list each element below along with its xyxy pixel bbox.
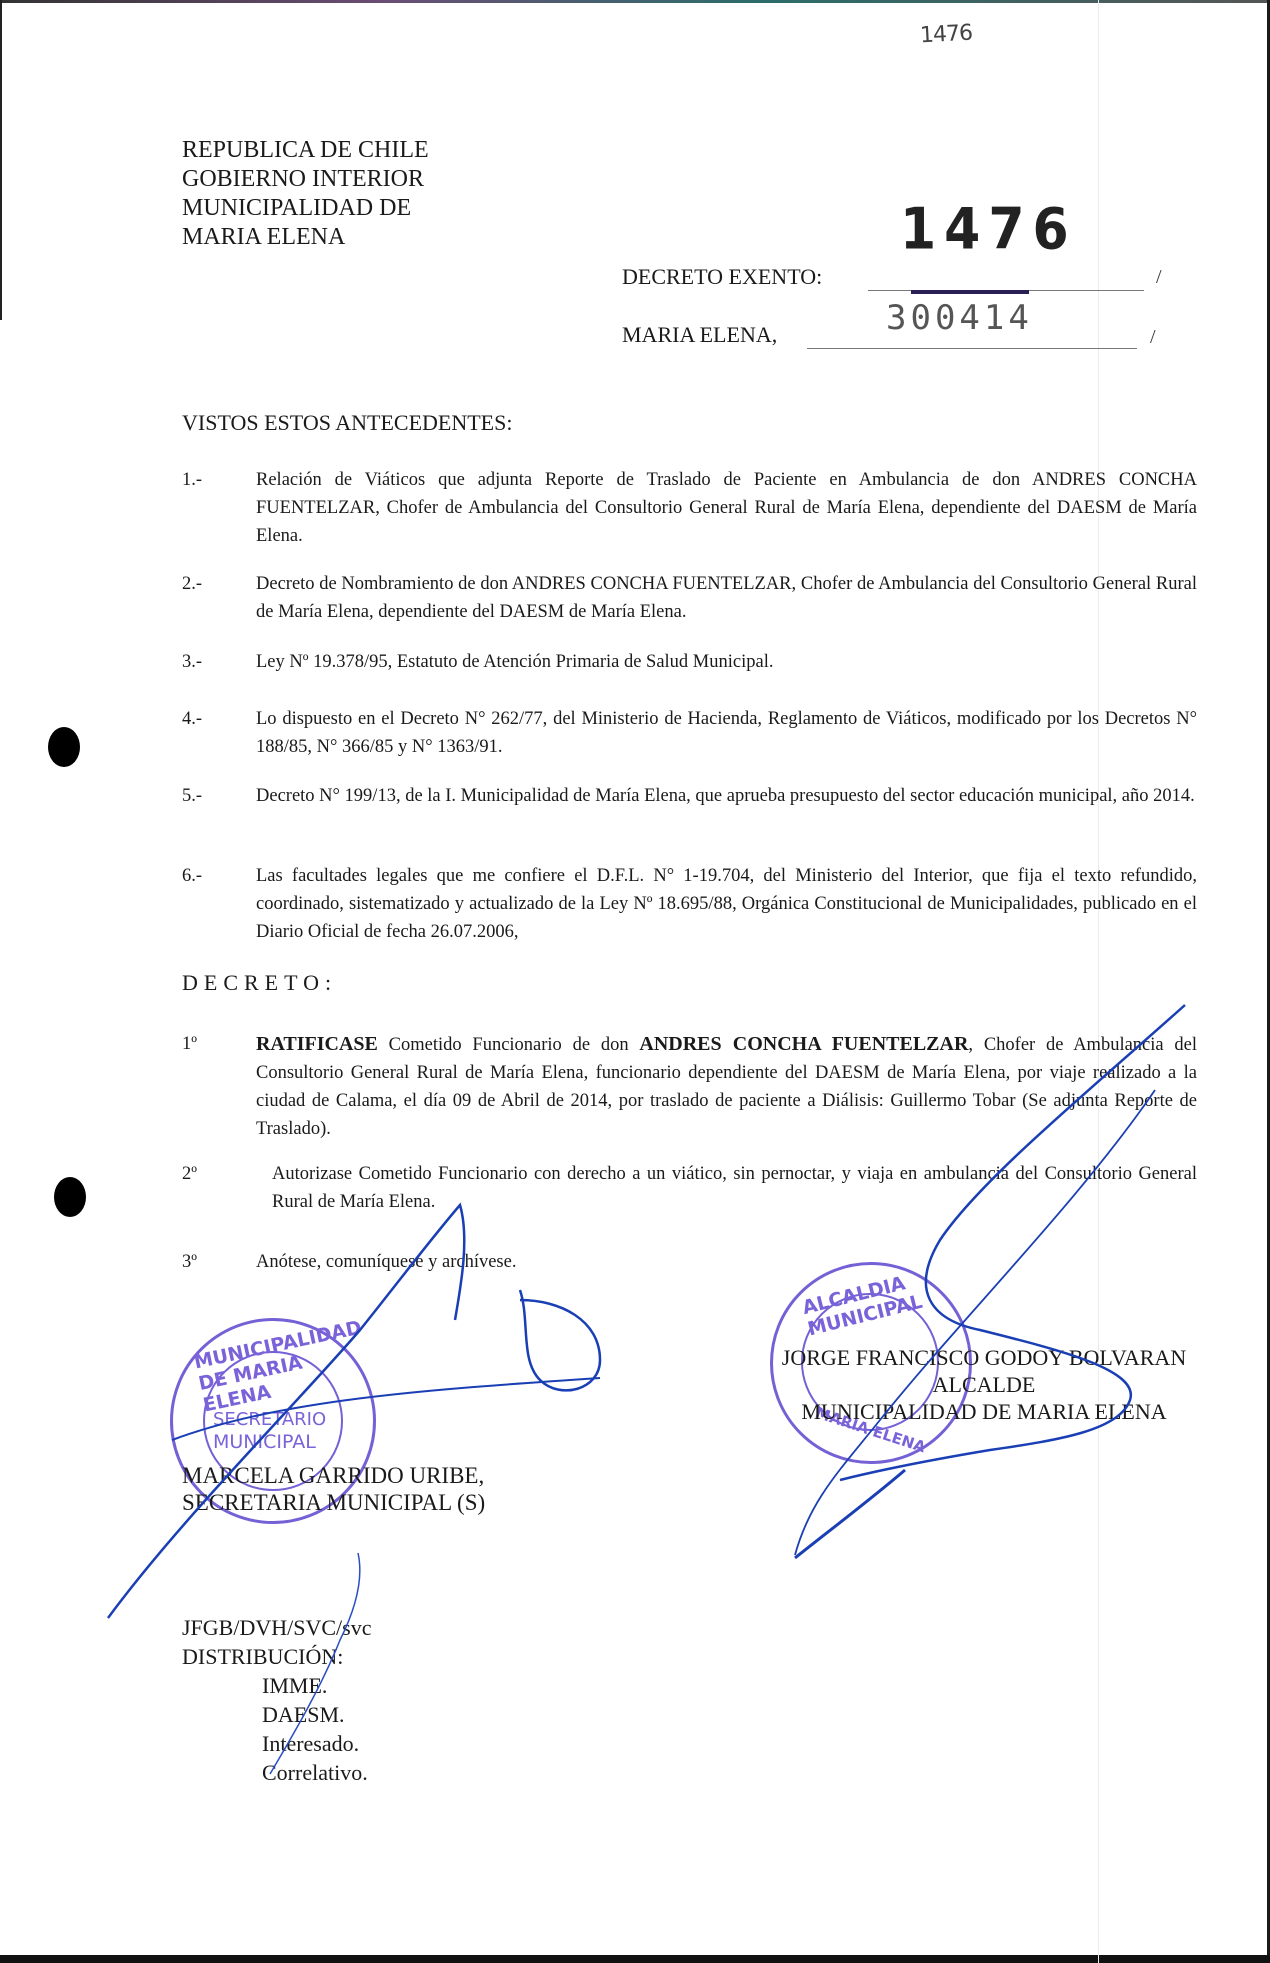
- date-stamp: 300414: [886, 298, 1033, 338]
- paper-fold-line: [1098, 0, 1099, 1963]
- decreto-title: DECRETO:: [182, 970, 337, 996]
- resolution-item: 2º Autorizase Cometido Funcionario con d…: [182, 1160, 1197, 1216]
- item-number: 1º: [182, 1030, 242, 1058]
- initials: JFGB/DVH/SVC/svc: [182, 1613, 371, 1642]
- item-text: Anótese, comuníquese y archívese.: [256, 1248, 1197, 1276]
- distribution-title: DISTRIBUCIÓN:: [182, 1642, 371, 1671]
- mayor-signature-block: JORGE FRANCISCO GODOY BOLVARAN ALCALDE M…: [766, 1344, 1202, 1425]
- item-number: 3.-: [182, 648, 242, 676]
- secretary-signature-block: MARCELA GARRIDO URIBE, SECRETARIA MUNICI…: [182, 1462, 485, 1516]
- item-text: Decreto de Nombramiento de don ANDRES CO…: [256, 570, 1197, 626]
- secretary-name: MARCELA GARRIDO URIBE,: [182, 1462, 485, 1489]
- item-number: 3º: [182, 1248, 242, 1276]
- vistos-item: 4.- Lo dispuesto en el Decreto N° 262/77…: [182, 705, 1197, 761]
- scan-edge-bottom: [0, 1955, 1270, 1963]
- distribution-item: IMME.: [182, 1671, 371, 1700]
- mayor-title: ALCALDE: [766, 1371, 1202, 1398]
- official-name: ANDRES CONCHA FUENTELZAR: [639, 1033, 968, 1055]
- item-number: 2.-: [182, 570, 242, 598]
- vistos-item: 1.- Relación de Viáticos que adjunta Rep…: [182, 466, 1197, 550]
- item-number: 5.-: [182, 782, 242, 810]
- decree-number-stamp: 1476: [900, 197, 1077, 263]
- field-separator: /: [1156, 266, 1162, 289]
- item-number: 6.-: [182, 862, 242, 890]
- header-line: MARIA ELENA: [182, 223, 429, 252]
- vistos-item: 5.- Decreto N° 199/13, de la I. Municipa…: [182, 782, 1197, 810]
- punch-hole: [48, 727, 80, 767]
- issuer-header: REPUBLICA DE CHILE GOBIERNO INTERIOR MUN…: [182, 136, 429, 252]
- vistos-item: 3.- Ley Nº 19.378/95, Estatuto de Atenci…: [182, 648, 1197, 676]
- mayor-name: JORGE FRANCISCO GODOY BOLVARAN: [766, 1344, 1202, 1371]
- distribution-block: JFGB/DVH/SVC/svc DISTRIBUCIÓN: IMME. DAE…: [182, 1613, 371, 1787]
- handwritten-reference: 1476: [919, 21, 972, 49]
- decree-number-mark: [911, 290, 1029, 294]
- resolution-verb: RATIFICASE: [256, 1033, 378, 1055]
- header-line: GOBIERNO INTERIOR: [182, 165, 429, 194]
- mayor-signature-stroke: [795, 1470, 905, 1558]
- text-segment: Cometido Funcionario de don: [378, 1035, 640, 1055]
- punch-hole: [54, 1177, 86, 1217]
- item-text: Las facultades legales que me confiere e…: [256, 862, 1197, 946]
- item-text: Relación de Viáticos que adjunta Reporte…: [256, 466, 1197, 550]
- item-text: Autorizase Cometido Funcionario con dere…: [272, 1160, 1197, 1216]
- item-text: Ley Nº 19.378/95, Estatuto de Atención P…: [256, 648, 1197, 676]
- distribution-item: Correlativo.: [182, 1758, 371, 1787]
- secretary-signature-stroke: [520, 1290, 600, 1390]
- vistos-title: VISTOS ESTOS ANTECEDENTES:: [182, 410, 512, 436]
- mayor-office: MUNICIPALIDAD DE MARIA ELENA: [766, 1398, 1202, 1425]
- place-label: MARIA ELENA,: [622, 322, 777, 348]
- vistos-item: 6.- Las facultades legales que me confie…: [182, 862, 1197, 946]
- header-line: REPUBLICA DE CHILE: [182, 136, 429, 165]
- scan-edge-top: [0, 0, 1270, 3]
- seal-inner-text: SECRETARIO: [213, 1409, 326, 1430]
- item-text: Decreto N° 199/13, de la I. Municipalida…: [256, 782, 1197, 810]
- seal-inner-text: MUNICIPAL: [213, 1431, 316, 1453]
- secretary-title: SECRETARIA MUNICIPAL (S): [182, 1489, 485, 1516]
- resolution-item: 3º Anótese, comuníquese y archívese.: [182, 1248, 1197, 1276]
- date-line: [807, 348, 1137, 349]
- item-text: Lo dispuesto en el Decreto N° 262/77, de…: [256, 705, 1197, 761]
- distribution-item: DAESM.: [182, 1700, 371, 1729]
- item-number: 4.-: [182, 705, 242, 733]
- item-number: 1.-: [182, 466, 242, 494]
- field-separator: /: [1150, 326, 1156, 349]
- item-number: 2º: [182, 1160, 242, 1188]
- scan-edge-left: [0, 0, 2, 320]
- distribution-item: Interesado.: [182, 1729, 371, 1758]
- decreto-exento-label: DECRETO EXENTO:: [622, 264, 822, 290]
- vistos-item: 2.- Decreto de Nombramiento de don ANDRE…: [182, 570, 1197, 626]
- item-text: RATIFICASE Cometido Funcionario de don A…: [256, 1030, 1197, 1143]
- header-line: MUNICIPALIDAD DE: [182, 194, 429, 223]
- resolution-item: 1º RATIFICASE Cometido Funcionario de do…: [182, 1030, 1197, 1143]
- scanned-document-page: 1476 REPUBLICA DE CHILE GOBIERNO INTERIO…: [0, 0, 1270, 1963]
